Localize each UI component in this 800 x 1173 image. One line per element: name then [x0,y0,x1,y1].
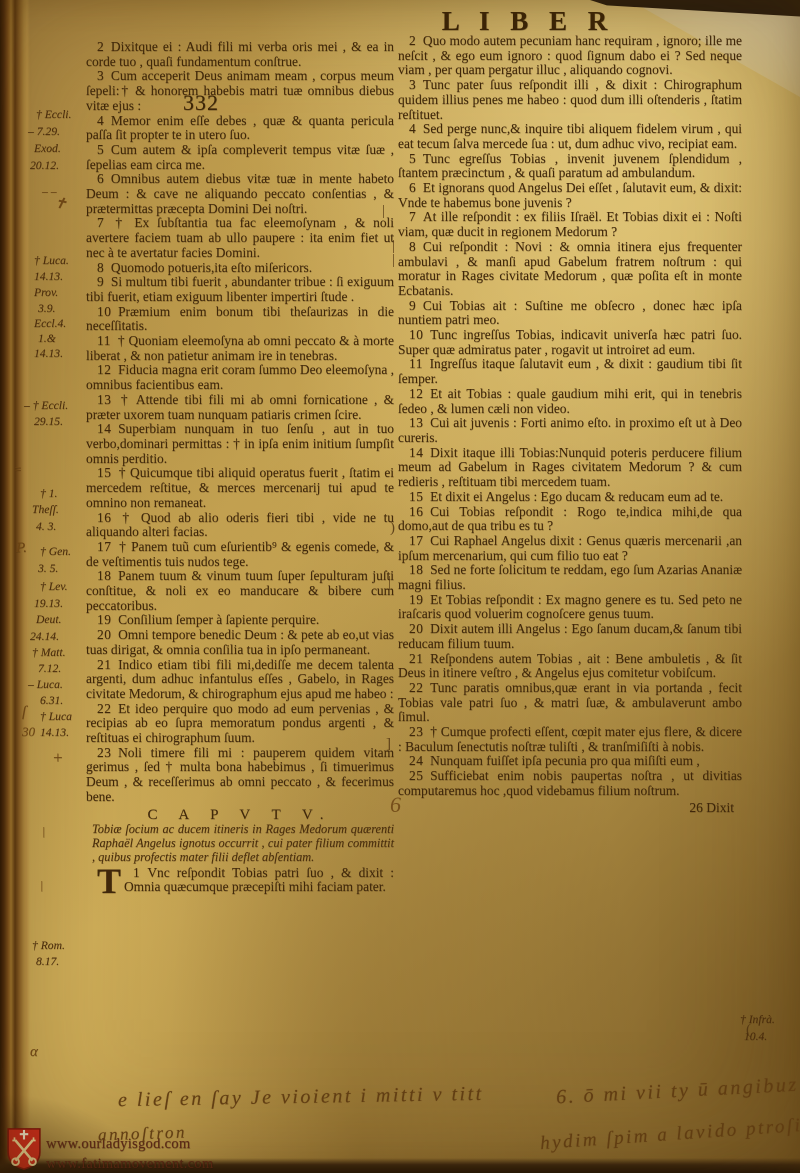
verse-number: 21 [409,651,423,666]
margin-note: 29.15. [34,416,63,428]
watermark-url-2: www.fatimamovement.com [46,1154,214,1173]
verse-13: 13 † Attende tibi fili mi ab omni fornic… [86,393,394,422]
verse-number: 23 [409,724,423,739]
verse-number: 23 [97,745,111,760]
verse-1: 1 TVnc reſpondit Tobias patri ſuo , & di… [86,866,394,895]
margin-note: 4. 3. [36,521,56,533]
margin-note: Theſſ. [32,504,59,516]
ink-mark: | [388,574,391,591]
verse-number: 19 [97,612,111,627]
verse-18: 18 Panem tuum & vinum tuum ſuper ſepultu… [86,569,394,613]
verse-20: 20 Omni tempore benedic Deum : & pete ab… [86,628,394,657]
margin-note: – 7.29. [28,126,60,138]
verse-number: 5 [409,151,416,166]
verse-16: 16 † Quod ab alio oderis fieri tibi , vi… [86,511,394,540]
verse-number: 1 [133,865,140,880]
margin-note: 30 [22,726,35,738]
verse-11: 11 Ingreſſus itaque ſalutavit eum , & di… [398,357,742,386]
margin-note: 6.31. [40,695,63,707]
verse-number: 25 [409,768,423,783]
margin-note: † Matt. [32,647,66,659]
verse-10: 10 Præmium enim bonum tibi theſaurizas i… [86,305,394,334]
margin-note: 3.9. [38,303,55,315]
verse-13: 13 Cui ait juvenis : Forti animo eſto. i… [398,416,742,445]
verse-9: 9 Si multum tibi fuerit , abundanter tri… [86,275,394,304]
verse-number: 12 [97,362,111,377]
book-binding-edge [0,0,30,1173]
verse-3: 3 Cum acceperit Deus animam meam , corpu… [86,69,394,113]
verse-number: 17 [97,539,111,554]
margin-note: † Gen. [40,546,71,558]
verse-number: 11 [409,356,423,371]
margin-note: 19.13. [34,598,63,610]
margin-note: † 1. [40,488,57,500]
margin-note: 14.13. [34,348,63,360]
margin-note: + [52,752,63,764]
verse-number: 21 [97,657,111,672]
verse-number: 16 [97,510,111,525]
verse-21: 21 Reſpondens autem Tobias , ait : Bene … [398,652,742,681]
ink-mark: ( [746,1022,751,1039]
verse-12: 12 Et ait Tobias : quale gaudium mihi er… [398,387,742,416]
handwritten-annotation: 6. ō mi vii ty ū angibuz [556,1074,800,1110]
verse-number: 11 [97,333,111,348]
verse-number: 7 [97,215,104,230]
verse-number: 13 [409,415,423,430]
drop-cap-initial: T [86,866,124,896]
verse-23: 23 † Cumque profecti eſſent, cœpit mater… [398,725,742,754]
right-column-verses: 2 Quo modo autem pecuniam hanc requiram … [398,34,742,799]
margin-note: Eccl.4. [34,318,66,330]
verse-5: 5 Cum autem & ipſa compleverit tempus vi… [86,143,394,172]
margin-note: Prov. [34,287,58,299]
margin-note: 14.13. [40,727,69,739]
verse-number: 14 [97,421,111,436]
verse-number: 8 [409,239,416,254]
margin-note: 1.& [38,333,56,345]
verse-number: 13 [97,392,111,407]
verse-6: 6 Omnibus autem diebus vitæ tuæ in mente… [86,172,394,216]
verse-7: 7 † Ex ſubſtantia tua fac eleemoſynam , … [86,216,394,260]
margin-note: ✝ [53,197,68,211]
verse-5: 5 Tunc egreſſus Tobias , invenit juvenem… [398,152,742,181]
margin-note: P. [16,542,27,554]
verse-number: 18 [97,568,111,583]
verse-3: 3 Tunc pater ſuus reſpondit illi , & dix… [398,78,742,122]
margin-note: | [40,880,43,892]
margin-note: – Luca. [28,679,63,691]
left-column-verses: 2 Dixitque ei : Audi fili mi verba oris … [86,40,394,805]
catchword: 26 Dixit [398,801,734,816]
verse-16: 16 Cui Tobias reſpondit : Rogo te,indica… [398,505,742,534]
verse-2: 2 Quo modo autem pecuniam hanc requiram … [398,34,742,78]
verse-18: 18 Sed ne forte ſolicitum te reddam, ego… [398,563,742,592]
margin-note: α [30,1046,38,1058]
verse-2: 2 Dixitque ei : Audi fili mi verba oris … [86,40,394,69]
verse-8: 8 Quomodo potueris,ita eſto miſericors. [86,261,394,276]
verse-number: 10 [409,327,423,342]
chapter-heading: C A P V T V. [86,808,394,823]
verse-10: 10 Tunc ingreſſus Tobias, indicavit univ… [398,328,742,357]
verse-8: 8 Cui reſpondit : Novi : & omnia itinera… [398,240,742,299]
verse-number: 19 [409,592,423,607]
verse-number: 7 [409,209,416,224]
verse-17: 17 † Panem tuũ cum eſurientib⁹ & egenis … [86,540,394,569]
verse-23: 23 Noli timere fili mi : pauperem quidem… [86,746,394,805]
margin-note: 20.12. [30,160,59,172]
verse-4: 4 Sed perge nunc,& inquire tibi aliquem … [398,122,742,151]
verse-24: 24 Nunquam fuiſſet ipſa pecunia pro qua … [398,754,742,769]
verse-number: 20 [97,627,111,642]
margin-note: ſ [22,706,26,718]
verse-number: 18 [409,562,423,577]
verse-number: 16 [409,504,423,519]
verse-number: 10 [97,304,111,319]
verse-number: 9 [409,298,416,313]
verse-number: 20 [409,621,423,636]
verse-number: 17 [409,533,423,548]
verse-number: 15 [97,465,111,480]
margin-note: – † Eccli. [24,400,68,412]
verse-number: 5 [97,142,104,157]
verse-9: 9 Cui Tobias ait : Suſtine me obſecro , … [398,299,742,328]
handwritten-annotation: hydim ſpim a lavido ptroſi [540,1115,800,1155]
verse-number: 8 [97,260,104,275]
margin-note: = [14,464,22,476]
verse-number: 12 [409,386,423,401]
margin-note: † Eccli. [36,109,71,121]
verse-7: 7 At ille reſpondit : ex filiis Iſraël. … [398,210,742,239]
verse-number: 3 [97,68,104,83]
verse-number: 2 [97,39,104,54]
verse-17: 17 Cui Raphael Angelus dixit : Genus quæ… [398,534,742,563]
verse-12: 12 Fiducia magna erit coram ſummo Deo el… [86,363,394,392]
verse-number: 6 [409,180,416,195]
verse-number: 6 [97,171,104,186]
right-text-column: 2 Quo modo autem pecuniam hanc requiram … [398,34,742,815]
margin-note: 14.13. [34,271,63,283]
verse-number: 3 [409,77,416,92]
verse-number: 14 [409,445,423,460]
margin-note: Deut. [36,614,61,626]
margin-note: † Luca. [34,255,69,267]
verse-number: 22 [409,680,423,695]
verse-number: 24 [409,753,423,768]
verse-number: 4 [409,121,416,136]
margin-note: † Luca [40,711,72,723]
verse-15: 15 † Quicumque tibi aliquid operatus fue… [86,466,394,510]
margin-note: 3. 5. [38,563,58,575]
verse-22: 22 Et ideo perquire quo modo ad eum perv… [86,702,394,746]
book-page-scan: L I B E R 332 2 Dixitque ei : Audi fili … [0,0,800,1173]
verse-20: 20 Dixit autem illi Angelus : Ego ſanum … [398,622,742,651]
ink-mark: ) [390,520,395,537]
ink-mark: 6 [390,792,401,818]
verse-14: 14 Dixit itaque illi Tobias:Nunquid pote… [398,446,742,490]
verse-21: 21 Indico etiam tibi fili mi,dediſſe me … [86,658,394,702]
verse-14: 14 Superbiam nunquam in tuo ſenſu , aut … [86,422,394,466]
handwritten-annotation: annoſtron [98,1122,188,1145]
ink-mark: ] [386,736,391,753]
margin-note: 24.14. [30,631,59,643]
chapter-argument: Tobiæ ſocium ac ducem itineris in Rages … [92,823,394,864]
margin-note: 7.12. [38,663,61,675]
ink-mark: | [392,252,395,269]
margin-note: | [42,826,45,838]
papal-keys-shield-icon [6,1126,42,1172]
verse-19: 19 Conſilium ſemper à ſapiente perquire. [86,613,394,628]
verse-number: 15 [409,489,423,504]
verse-number: 4 [97,113,104,128]
verse-number: 22 [97,701,111,716]
verse-number: 9 [97,274,104,289]
verse-25: 25 Sufficiebat enim nobis paupertas noſt… [398,769,742,798]
margin-note: Exod. [34,143,61,155]
verse-15: 15 Et dixit ei Angelus : Ego ducam & red… [398,490,742,505]
verse-19: 19 Et Tobias reſpondit : Ex magno genere… [398,593,742,622]
margin-note: † Lev. [40,581,67,593]
margin-note: † Rom. [32,940,65,952]
verse-number: 2 [409,33,416,48]
left-text-column: 2 Dixitque ei : Audi fili mi verba oris … [86,40,394,896]
ink-mark: | [382,203,385,220]
handwritten-annotation: e lieſ en ſay Je vioient i mitti v titt [118,1083,484,1112]
verse-4: 4 Memor enim eſſe debes , quæ & quanta p… [86,114,394,143]
verse-6: 6 Et ignorans quod Angelus Dei eſſet , ſ… [398,181,742,210]
margin-note: 8.17. [36,956,59,968]
verse-11: 11 † Quoniam eleemoſyna ab omni peccato … [86,334,394,363]
verse-text: Vnc reſpondit Tobias patri ſuo , & dixit… [124,865,394,895]
verse-22: 22 Tunc paratis omnibus,quæ erant in via… [398,681,742,725]
